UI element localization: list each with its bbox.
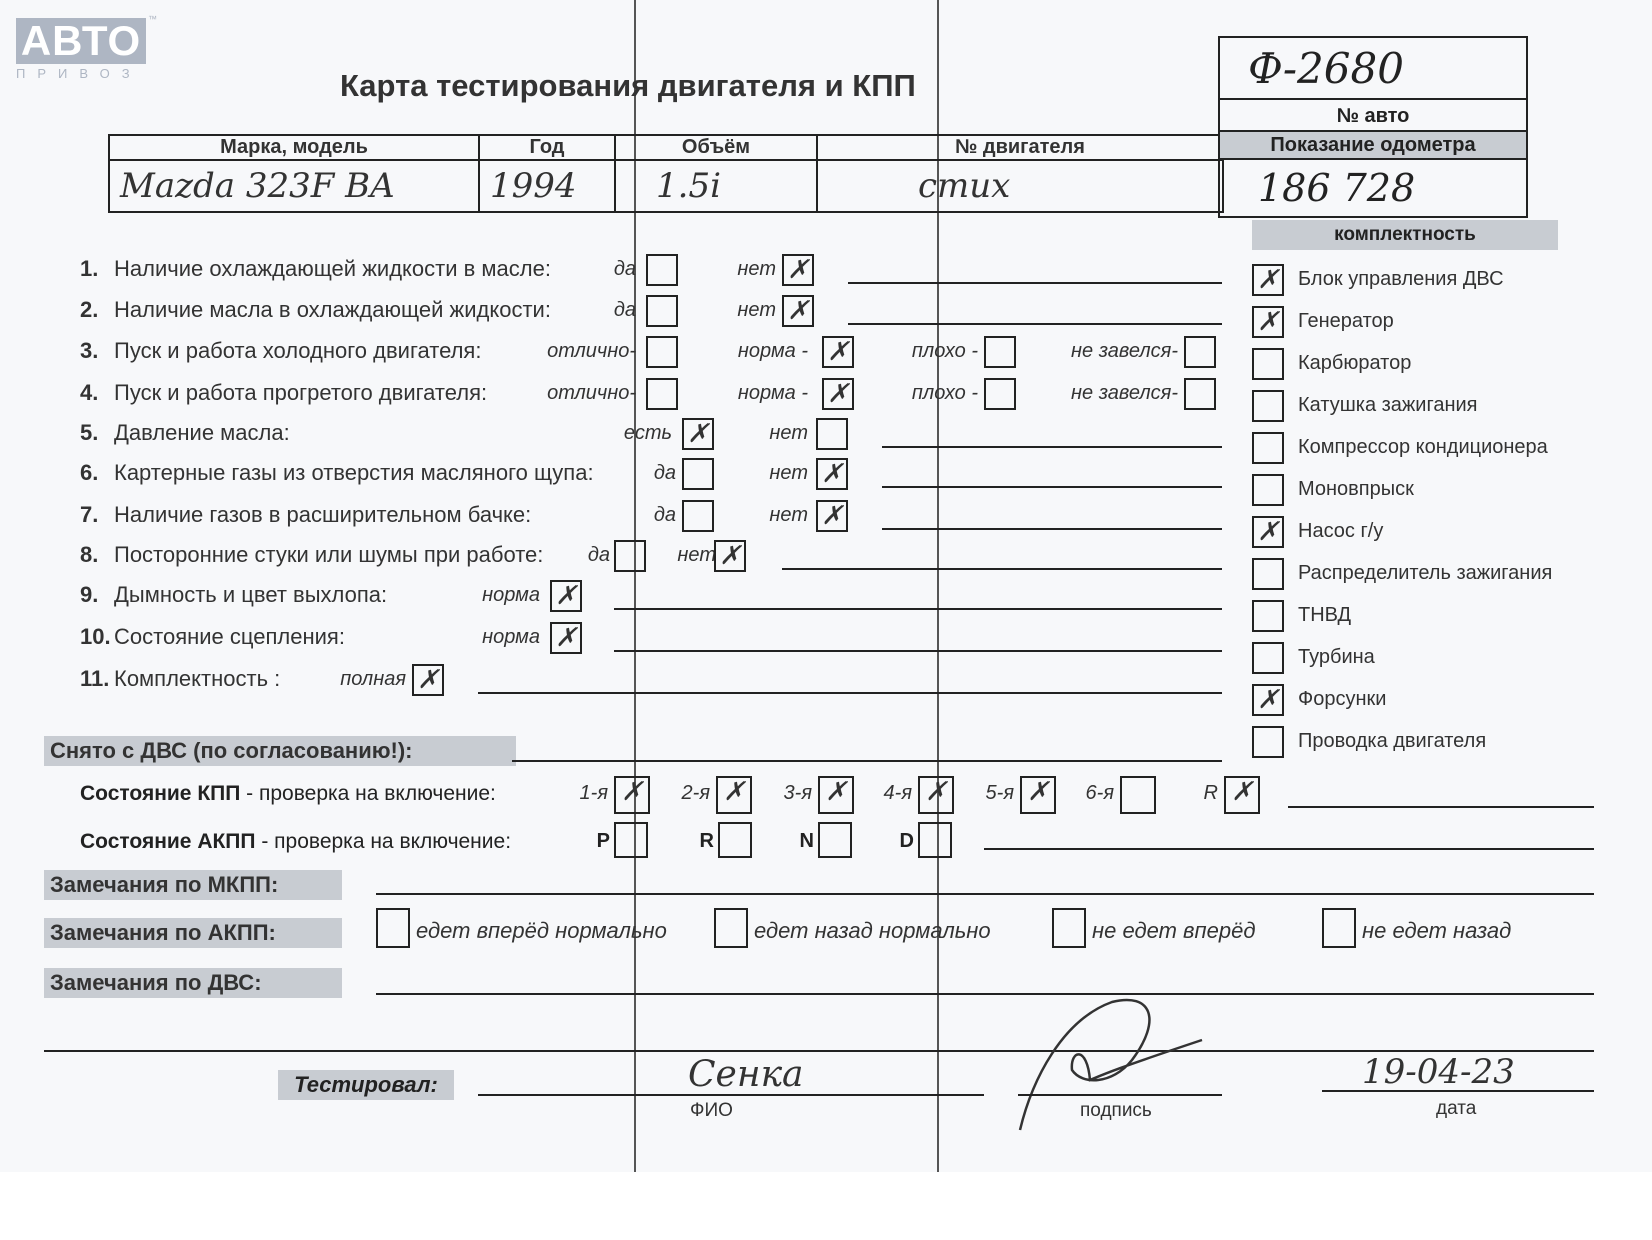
- akpp-gear-checkbox[interactable]: [718, 822, 752, 858]
- checklist-question: 10.Состояние сцепления:: [80, 624, 345, 650]
- completeness-item-label: Карбюратор: [1298, 352, 1411, 375]
- option-checkbox[interactable]: [682, 500, 714, 532]
- kpp-gear-checkbox[interactable]: ✗: [614, 776, 650, 814]
- akpp-gear-label: D: [900, 830, 914, 853]
- question-number: 8.: [80, 542, 114, 568]
- mkpp-remarks-input[interactable]: [376, 893, 1594, 895]
- option-checkbox[interactable]: [816, 418, 848, 450]
- kpp-label: Состояние КПП - проверка на включение:: [80, 782, 496, 806]
- kpp-gear-label: R: [1204, 782, 1218, 805]
- option-checkbox[interactable]: ✗: [822, 336, 854, 368]
- akpp-notes-input[interactable]: [984, 848, 1594, 850]
- completeness-item-label: Моновпрыск: [1298, 478, 1414, 501]
- completeness-item-label: Турбина: [1298, 646, 1375, 669]
- completeness-checkbox[interactable]: [1252, 558, 1284, 590]
- question-label: Наличие масла в охлаждающей жидкости:: [114, 297, 551, 322]
- option-label: полная: [340, 668, 406, 691]
- completeness-checkbox[interactable]: [1252, 390, 1284, 422]
- odometer-label: Показание одометра: [1220, 132, 1526, 160]
- akpp-gear-checkbox[interactable]: [918, 822, 952, 858]
- question-number: 4.: [80, 380, 114, 406]
- completeness-item-label: Блок управления ДВС: [1298, 268, 1504, 291]
- option-label: да: [614, 299, 636, 322]
- completeness-checkbox[interactable]: [1252, 726, 1284, 758]
- kpp-gear-label: 2-я: [682, 782, 710, 805]
- vehicle-table: Марка, модель Год Объём № двигателя Mazd…: [108, 134, 1224, 213]
- option-label: да: [654, 504, 676, 527]
- checklist-question: 4.Пуск и работа прогретого двигателя:: [80, 380, 487, 406]
- question-label: Пуск и работа прогретого двигателя:: [114, 380, 487, 405]
- checklist-question: 3.Пуск и работа холодного двигателя:: [80, 338, 481, 364]
- dvs-remarks-label: Замечания по ДВС:: [44, 968, 342, 998]
- completeness-checkbox[interactable]: [1252, 474, 1284, 506]
- option-checkbox[interactable]: [646, 378, 678, 410]
- option-checkbox[interactable]: [646, 336, 678, 368]
- question-number: 3.: [80, 338, 114, 364]
- completeness-item-label: ТНВД: [1298, 604, 1351, 627]
- kpp-gear-checkbox[interactable]: ✗: [1020, 776, 1056, 814]
- akpp-remark-label: не едет вперёд: [1092, 918, 1256, 944]
- kpp-notes-input[interactable]: [1288, 806, 1594, 808]
- engine-number-field[interactable]: стих: [817, 160, 1223, 212]
- akpp-remark-label: едет вперёд нормально: [416, 918, 667, 944]
- page-title: Карта тестирования двигателя и КПП: [340, 68, 916, 104]
- fio-label: ФИО: [690, 1100, 733, 1122]
- question-number: 10.: [80, 624, 114, 650]
- kpp-gear-label: 5-я: [986, 782, 1014, 805]
- checklist-question: 8.Посторонние стуки или шумы при работе:: [80, 542, 543, 568]
- auto-number-label: № авто: [1220, 102, 1526, 132]
- comment-line[interactable]: [782, 568, 1222, 570]
- date-label: дата: [1436, 1098, 1476, 1120]
- kpp-label-bold: Состояние КПП: [80, 782, 240, 805]
- kpp-gear-label: 3-я: [784, 782, 812, 805]
- kpp-gear-checkbox[interactable]: ✗: [716, 776, 752, 814]
- option-label: нет: [769, 462, 808, 485]
- option-label: не завелся-: [1071, 382, 1178, 405]
- option-checkbox[interactable]: ✗: [682, 418, 714, 450]
- completeness-item-label: Компрессор кондиционера: [1298, 436, 1548, 459]
- dvs-remarks-input[interactable]: [376, 993, 1594, 995]
- question-number: 2.: [80, 297, 114, 323]
- option-label: нет: [737, 299, 776, 322]
- logo-trademark: ™: [148, 14, 157, 24]
- kpp-gear-label: 4-я: [884, 782, 912, 805]
- option-checkbox[interactable]: [1184, 336, 1216, 368]
- kpp-gear-checkbox[interactable]: ✗: [918, 776, 954, 814]
- completeness-item-label: Проводка двигателя: [1298, 730, 1486, 753]
- completeness-checkbox[interactable]: [1252, 432, 1284, 464]
- mkpp-remarks-label: Замечания по МКПП:: [44, 870, 342, 900]
- option-checkbox[interactable]: ✗: [550, 580, 582, 612]
- completeness-checkbox[interactable]: [1252, 642, 1284, 674]
- question-label: Наличие газов в расширительном бачке:: [114, 502, 531, 527]
- option-label: да: [654, 462, 676, 485]
- option-label: нет: [677, 544, 716, 567]
- option-checkbox[interactable]: [646, 295, 678, 327]
- option-label: норма: [482, 626, 540, 649]
- test-card-page: АВТО ™ ПРИВОЗ Карта тестирования двигате…: [0, 0, 1652, 1172]
- header-make-model: Марка, модель: [109, 135, 479, 160]
- date-line: [1322, 1090, 1594, 1092]
- fio-value[interactable]: Сенка: [688, 1054, 804, 1095]
- option-checkbox[interactable]: [614, 540, 646, 572]
- akpp-remark-label: не едет назад: [1362, 918, 1511, 944]
- akpp-label: Состояние АКПП - проверка на включение:: [80, 830, 511, 854]
- question-label: Картерные газы из отверстия масляного щу…: [114, 460, 594, 485]
- option-label: да: [614, 258, 636, 281]
- akpp-gear-checkbox[interactable]: [818, 822, 852, 858]
- question-number: 7.: [80, 502, 114, 528]
- option-label: нет: [769, 504, 808, 527]
- completeness-checkbox[interactable]: ✗: [1252, 306, 1284, 338]
- signature-line: [1018, 1094, 1222, 1096]
- akpp-remark-checkbox[interactable]: [1322, 908, 1356, 948]
- checklist-question: 9.Дымность и цвет выхлопа:: [80, 582, 387, 608]
- comment-line[interactable]: [614, 650, 1222, 652]
- checklist-question: 11.Комплектность :: [80, 666, 280, 692]
- completeness-header: комплектность: [1252, 220, 1558, 250]
- signature-label: подпись: [1080, 1100, 1152, 1122]
- option-checkbox[interactable]: [1184, 378, 1216, 410]
- header-engine-number: № двигателя: [817, 135, 1223, 160]
- comment-line[interactable]: [614, 608, 1222, 610]
- akpp-gear-label: R: [700, 830, 714, 853]
- avto-privoz-logo: АВТО: [16, 18, 146, 64]
- volume-field[interactable]: 1.5i: [615, 160, 817, 212]
- option-label: плохо -: [912, 340, 978, 363]
- option-checkbox[interactable]: ✗: [822, 378, 854, 410]
- akpp-remark-checkbox[interactable]: [376, 908, 410, 948]
- question-number: 9.: [80, 582, 114, 608]
- option-checkbox[interactable]: [984, 378, 1016, 410]
- akpp-label-rest: - проверка на включение:: [256, 830, 512, 853]
- question-label: Наличие охлаждающей жидкости в масле:: [114, 256, 551, 281]
- option-label: норма -: [738, 340, 808, 363]
- option-label: не завелся-: [1071, 340, 1178, 363]
- option-label: нет: [737, 258, 776, 281]
- akpp-gear-label: P: [597, 830, 610, 853]
- option-label: норма: [482, 584, 540, 607]
- completeness-checkbox[interactable]: ✗: [1252, 516, 1284, 548]
- comment-line[interactable]: [882, 528, 1222, 530]
- completeness-checkbox[interactable]: ✗: [1252, 264, 1284, 296]
- option-label: плохо -: [912, 382, 978, 405]
- removed-from-engine-label: Снято с ДВС (по согласованию!):: [44, 736, 516, 766]
- year-field[interactable]: 1994: [479, 160, 615, 212]
- akpp-remark-checkbox[interactable]: [1052, 908, 1086, 948]
- option-label: отлично-: [547, 382, 636, 405]
- odometer-field[interactable]: 186 728: [1220, 160, 1526, 216]
- option-checkbox[interactable]: ✗: [412, 664, 444, 696]
- date-value[interactable]: 19-04-23: [1362, 1052, 1515, 1092]
- option-checkbox[interactable]: [984, 336, 1016, 368]
- option-label: нет: [769, 422, 808, 445]
- checklist-question: 5.Давление масла:: [80, 420, 290, 446]
- kpp-gear-checkbox[interactable]: ✗: [1224, 776, 1260, 814]
- option-label: есть: [624, 422, 672, 445]
- akpp-gear-checkbox[interactable]: [614, 822, 648, 858]
- kpp-gear-label: 6-я: [1086, 782, 1114, 805]
- completeness-item-label: Форсунки: [1298, 688, 1386, 711]
- option-checkbox[interactable]: [646, 254, 678, 286]
- completeness-item-label: Катушка зажигания: [1298, 394, 1478, 417]
- comment-line[interactable]: [882, 486, 1222, 488]
- option-checkbox[interactable]: ✗: [550, 622, 582, 654]
- question-label: Пуск и работа холодного двигателя:: [114, 338, 481, 363]
- removed-from-engine-input[interactable]: [512, 760, 1222, 762]
- question-label: Посторонние стуки или шумы при работе:: [114, 542, 543, 567]
- akpp-label-bold: Состояние АКПП: [80, 830, 256, 853]
- completeness-checkbox[interactable]: [1252, 600, 1284, 632]
- kpp-label-rest: - проверка на включение:: [240, 782, 496, 805]
- checklist-question: 1.Наличие охлаждающей жидкости в масле:: [80, 256, 551, 282]
- completeness-item-label: Насос г/у: [1298, 520, 1383, 543]
- completeness-item-label: Распределитель зажигания: [1298, 562, 1552, 585]
- header-year: Год: [479, 135, 615, 160]
- akpp-remark-label: едет назад нормально: [754, 918, 991, 944]
- completeness-checkbox[interactable]: [1252, 348, 1284, 380]
- kpp-gear-checkbox[interactable]: ✗: [818, 776, 854, 814]
- tested-by-label: Тестировал:: [278, 1070, 454, 1100]
- option-checkbox[interactable]: ✗: [714, 540, 746, 572]
- question-number: 5.: [80, 420, 114, 446]
- question-number: 11.: [80, 666, 114, 692]
- fio-line: [478, 1094, 984, 1096]
- comment-line[interactable]: [882, 446, 1222, 448]
- make-model-field[interactable]: Mazda 323F BA: [109, 160, 479, 212]
- akpp-remark-checkbox[interactable]: [714, 908, 748, 948]
- checklist-question: 6.Картерные газы из отверстия масляного …: [80, 460, 594, 486]
- option-checkbox[interactable]: ✗: [782, 295, 814, 327]
- akpp-remarks-label: Замечания по АКПП:: [44, 918, 342, 948]
- question-label: Комплектность :: [114, 666, 280, 691]
- question-label: Состояние сцепления:: [114, 624, 345, 649]
- header-volume: Объём: [615, 135, 817, 160]
- option-checkbox[interactable]: ✗: [816, 458, 848, 490]
- option-label: норма -: [738, 382, 808, 405]
- checklist-question: 7.Наличие газов в расширительном бачке:: [80, 502, 531, 528]
- kpp-gear-checkbox[interactable]: [1120, 776, 1156, 814]
- question-label: Давление масла:: [114, 420, 290, 445]
- option-checkbox[interactable]: ✗: [816, 500, 848, 532]
- comment-line[interactable]: [848, 323, 1222, 325]
- question-number: 1.: [80, 256, 114, 282]
- auto-number-box: Ф-2680 № авто Показание одометра 186 728: [1218, 36, 1528, 218]
- checklist-question: 2.Наличие масла в охлаждающей жидкости:: [80, 297, 551, 323]
- kpp-gear-label: 1-я: [580, 782, 608, 805]
- option-checkbox[interactable]: [682, 458, 714, 490]
- comment-line[interactable]: [848, 282, 1222, 284]
- auto-number-field[interactable]: Ф-2680: [1220, 38, 1526, 100]
- logo-subtitle: ПРИВОЗ: [16, 66, 146, 81]
- option-label: да: [588, 544, 610, 567]
- comment-line[interactable]: [478, 692, 1222, 694]
- question-label: Дымность и цвет выхлопа:: [114, 582, 387, 607]
- completeness-item-label: Генератор: [1298, 310, 1394, 333]
- option-label: отлично-: [547, 340, 636, 363]
- question-number: 6.: [80, 460, 114, 486]
- option-checkbox[interactable]: ✗: [782, 254, 814, 286]
- akpp-gear-label: N: [800, 830, 814, 853]
- completeness-checkbox[interactable]: ✗: [1252, 684, 1284, 716]
